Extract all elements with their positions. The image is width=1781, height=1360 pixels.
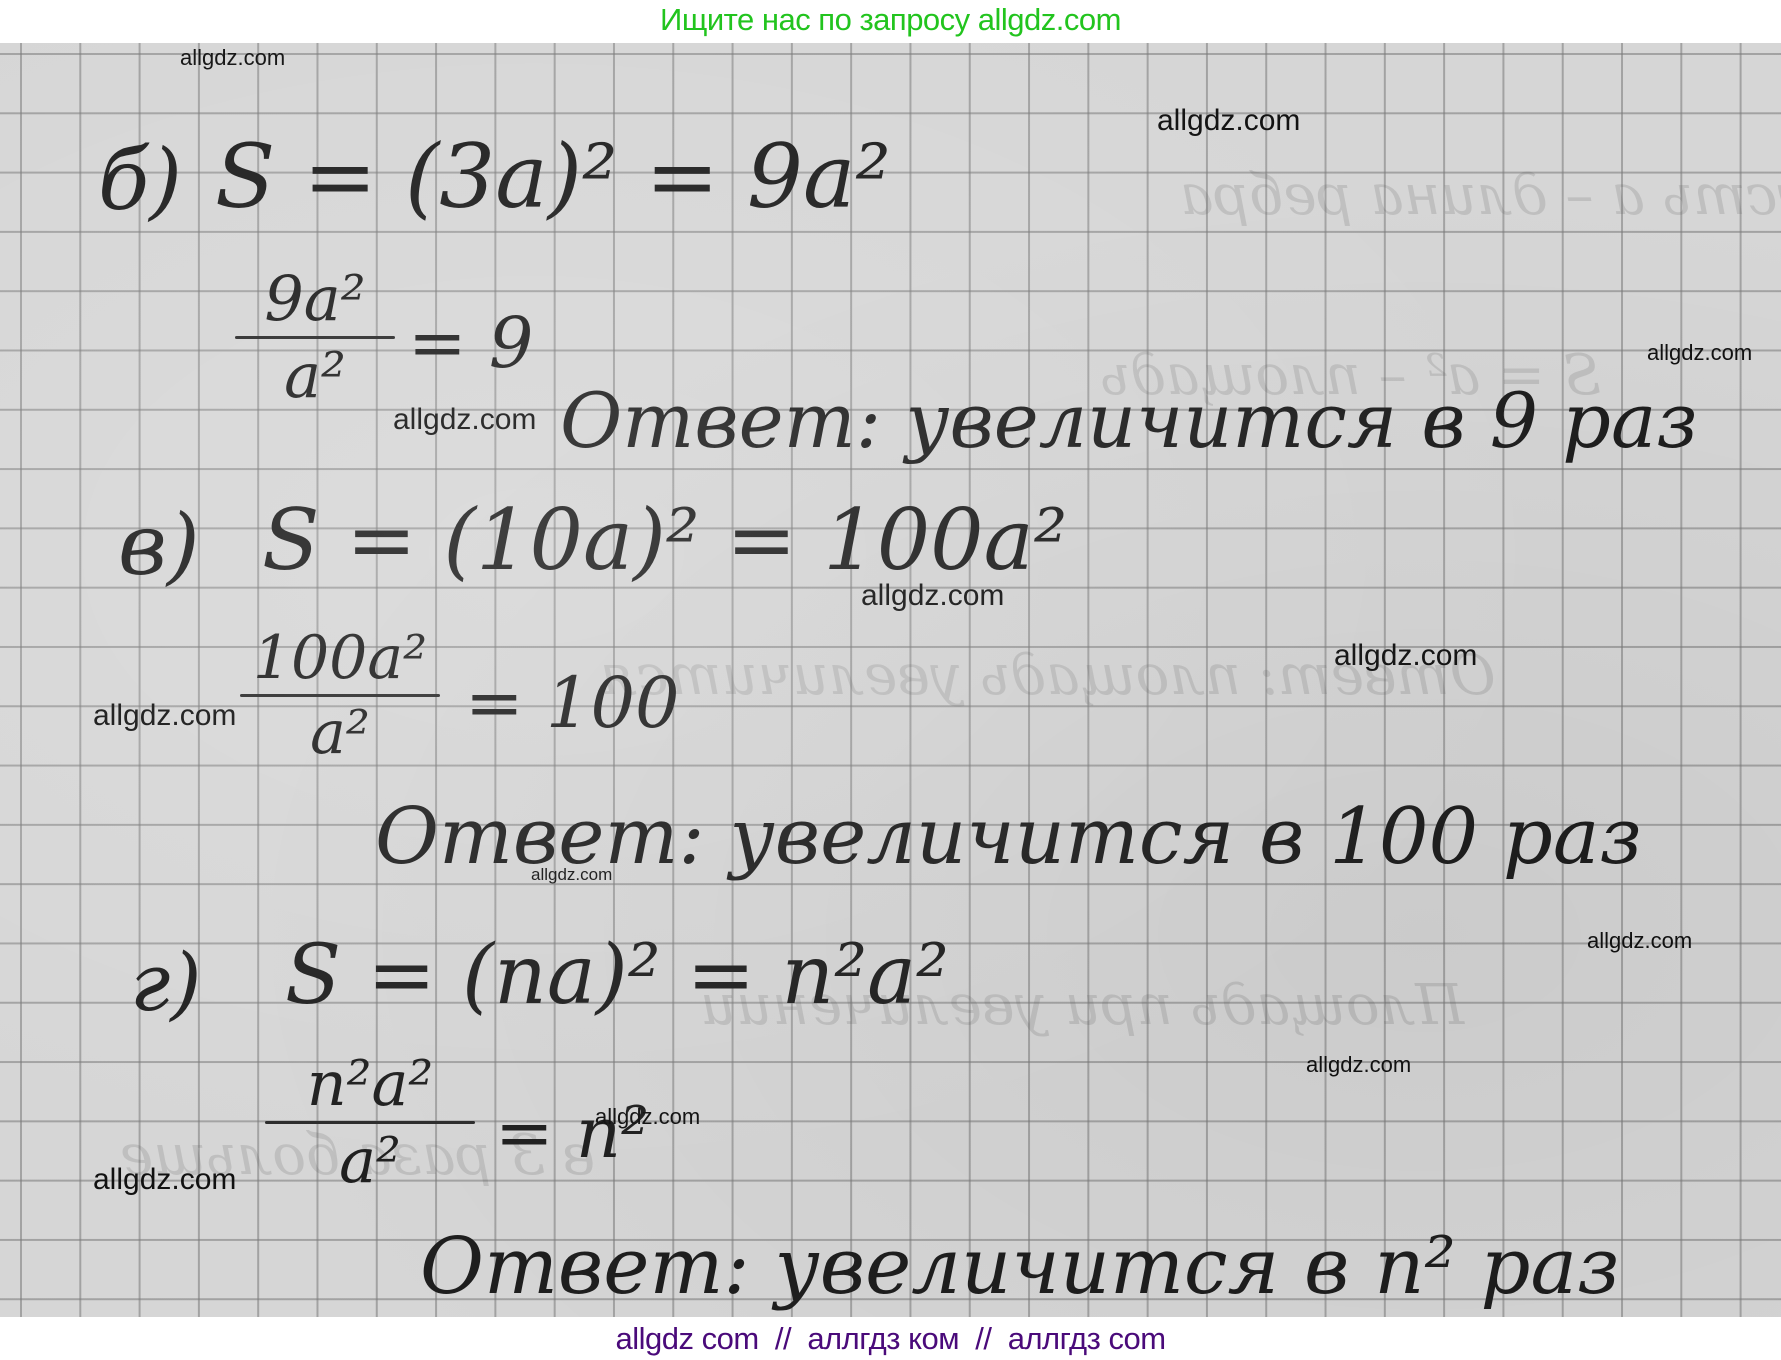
part-b-answer: Ответ: увеличится в 9 раз xyxy=(560,383,1698,459)
watermark: allgdz.com xyxy=(531,866,612,883)
part-b-formula: S = (3a)² = 9a² xyxy=(215,133,891,221)
part-b-label: б) xyxy=(98,138,182,222)
part-b-ratio-result: = 9 xyxy=(408,308,533,378)
part-b-ratio-numerator: 9a² xyxy=(235,268,395,330)
part-g-ratio: n²a² a² xyxy=(265,1053,475,1192)
part-v-ratio: 100a² a² xyxy=(240,628,440,763)
part-b-ratio: 9a² a² xyxy=(235,268,395,407)
watermark: allgdz.com xyxy=(595,1106,700,1128)
part-g-ratio-numerator: n²a² xyxy=(265,1053,475,1115)
part-g-ratio-denominator: a² xyxy=(265,1130,475,1192)
part-v-ratio-result: = 100 xyxy=(465,668,680,738)
watermark: allgdz.com xyxy=(861,581,1004,611)
watermark: allgdz.com xyxy=(1157,106,1300,136)
part-v-label: в) xyxy=(118,503,200,587)
watermark: allgdz.com xyxy=(93,1165,236,1195)
part-v-ratio-denominator: a² xyxy=(240,703,440,763)
fraction-bar xyxy=(240,694,440,697)
search-banner-text: Ищите нас по запросу allgdz.com xyxy=(660,2,1121,38)
watermark: allgdz.com xyxy=(1587,930,1692,952)
notebook-page: Пусть a – длина ребра S = a² – площадь О… xyxy=(0,43,1781,1317)
watermark: allgdz.com xyxy=(1306,1054,1411,1076)
part-g-label: г) xyxy=(130,943,202,1023)
watermark: allgdz.com xyxy=(93,701,236,731)
top-banner: Ищите нас по запросу allgdz.com xyxy=(0,0,1781,43)
part-b-ratio-denominator: a² xyxy=(235,345,395,407)
part-v-ratio-numerator: 100a² xyxy=(240,628,440,688)
watermark: allgdz.com xyxy=(1647,342,1752,364)
footer-banner-text: allgdz com // аллгдз ком // аллгдз com xyxy=(615,1321,1165,1357)
part-g-formula: S = (na)² = n²a² xyxy=(285,935,949,1017)
bottom-banner: allgdz com // аллгдз ком // аллгдз com xyxy=(0,1317,1781,1360)
watermark: allgdz.com xyxy=(1334,641,1477,671)
part-v-formula: S = (10a)² = 100a² xyxy=(262,498,1067,582)
watermark: allgdz.com xyxy=(180,47,285,69)
part-g-answer: Ответ: увеличится в n² раз xyxy=(420,1228,1620,1306)
ghost-text: Пусть a – длина ребра xyxy=(1180,163,1781,228)
watermark: allgdz.com xyxy=(393,405,536,435)
